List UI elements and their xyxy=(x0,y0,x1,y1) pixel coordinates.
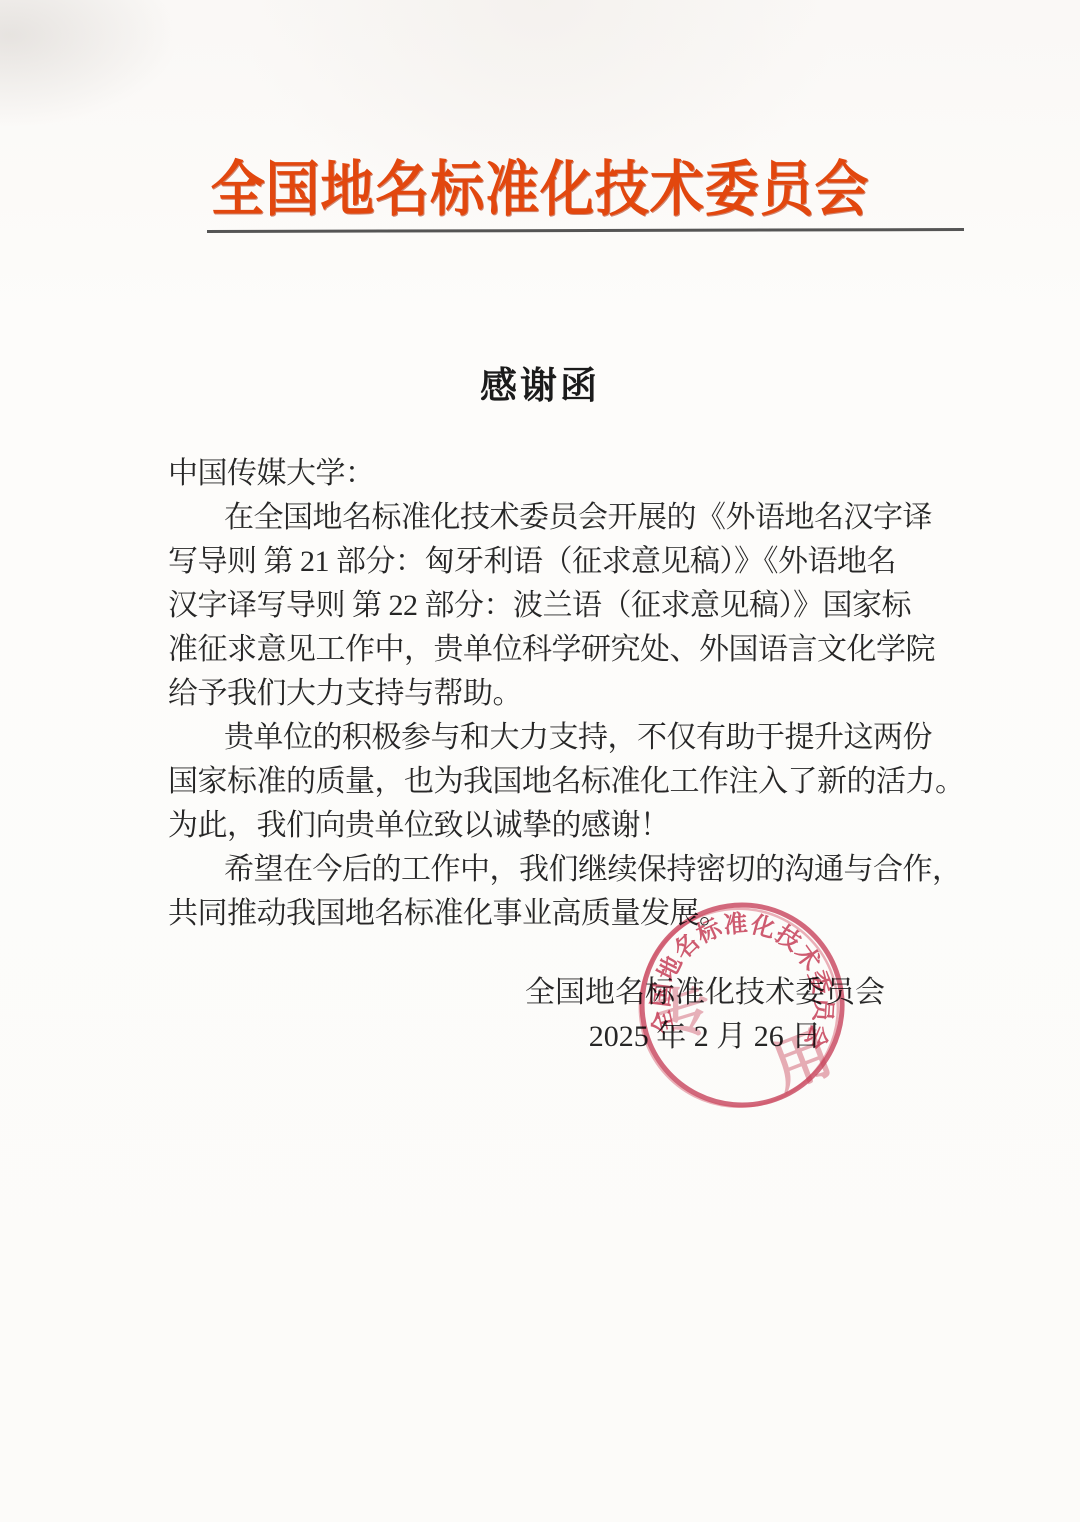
letter-page: 全国地名标准化技术委员会 感谢函 中国传媒大学： 在全国地名标准化技术委员会开展… xyxy=(0,0,1080,1522)
official-seal-stamp: 全国地名标准化技术委员会 专 用 xyxy=(625,889,859,1123)
seal-graphic: 全国地名标准化技术委员会 专 用 xyxy=(625,889,859,1123)
body-line: 给予我们大力支持与帮助。 xyxy=(168,672,998,716)
letterhead-title: 全国地名标准化技术委员会 xyxy=(54,142,1026,228)
salutation: 中国传媒大学： xyxy=(168,452,998,496)
body-line: 汉字译写导则 第 22 部分：波兰语（征求意见稿）》国家标 xyxy=(168,584,998,628)
body-line: 准征求意见工作中，贵单位科学研究处、外国语言文化学院 xyxy=(168,628,998,672)
letter-body: 中国传媒大学： 在全国地名标准化技术委员会开展的《外语地名汉字译 写导则 第 2… xyxy=(168,452,998,936)
body-line: 共同推动我国地名标准化事业高质量发展。 xyxy=(168,892,998,936)
document-title: 感谢函 xyxy=(0,355,1080,409)
letterhead-rule xyxy=(207,228,964,233)
body-line: 希望在今后的工作中，我们继续保持密切的沟通与合作， xyxy=(168,848,998,892)
body-line: 写导则 第 21 部分：匈牙利语（征求意见稿）》《外语地名 xyxy=(168,540,998,584)
body-line: 国家标准的质量，也为我国地名标准化工作注入了新的活力。 xyxy=(168,760,998,804)
body-line: 为此，我们向贵单位致以诚挚的感谢！ xyxy=(168,804,998,848)
body-line: 在全国地名标准化技术委员会开展的《外语地名汉字译 xyxy=(168,496,998,540)
body-line: 贵单位的积极参与和大力支持，不仅有助于提升这两份 xyxy=(168,716,998,760)
